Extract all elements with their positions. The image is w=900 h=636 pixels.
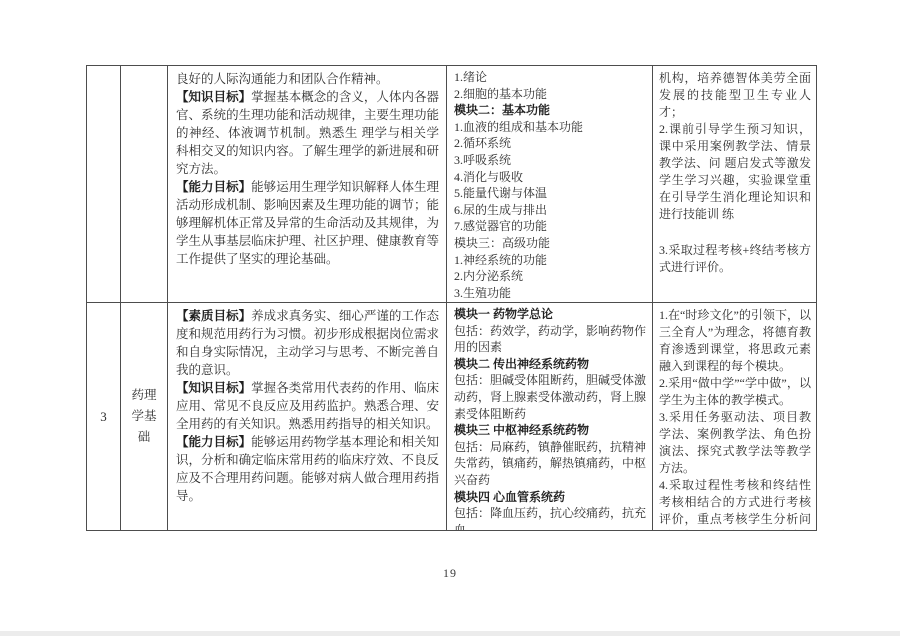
objective-paragraph: 【知识目标】掌握各类常用代表药的作用、临床应用、常见不良反应及用药监护。熟悉合理… [176, 378, 439, 432]
course-name-cell [121, 66, 168, 303]
module-line: 3.呼吸系统 [454, 152, 647, 169]
method-paragraph: 2.课前引导学生预习知识，课中采用案例教学法、情景教学法、问 题启发式等激发学生… [659, 120, 811, 222]
method-paragraph: 机构，培养德智体美劳全面发展的技能型卫生专业人才； [659, 69, 811, 120]
module-line: 6.尿的生成与排出 [454, 202, 647, 219]
objective-label: 【知识目标】 [176, 90, 251, 104]
modules-cell: 1.绪论 2.细胞的基本功能 模块二：基本功能 1.血液的组成和基本功能 2.循… [447, 66, 653, 303]
module-line: 1.血液的组成和基本功能 [454, 119, 647, 136]
page-number: 19 [0, 566, 900, 581]
methods-cell: 机构，培养德智体美劳全面发展的技能型卫生专业人才； 2.课前引导学生预习知识，课… [653, 66, 816, 303]
document-page: 良好的人际沟通能力和团队合作精神。 【知识目标】掌握基本概念的含义，人体内各器官… [0, 0, 900, 636]
module-heading: 模块四 心血管系统药 [454, 489, 647, 506]
method-paragraph: 4.采取过程性考核和终结性考核相结合的方式进行考核评价，重点考核学生分析问题、解… [659, 476, 811, 530]
module-line: 2.内分泌系统 [454, 268, 647, 285]
module-line: 1.绪论 [454, 69, 647, 86]
objectives-cell: 良好的人际沟通能力和团队合作精神。 【知识目标】掌握基本概念的含义，人体内各器官… [168, 66, 447, 303]
method-paragraph: 2.采用“做中学”“学中做”，以学生为主体的教学模式。 [659, 374, 811, 408]
module-line: 2.细胞的基本功能 [454, 86, 647, 103]
module-heading: 模块一 药物学总论 [454, 306, 647, 323]
module-line: 1.神经系统的功能 [454, 252, 647, 269]
objective-label: 【知识目标】 [176, 381, 251, 395]
objective-paragraph: 良好的人际沟通能力和团队合作精神。 [176, 69, 439, 87]
module-heading: 模块二：基本功能 [454, 102, 647, 119]
objective-text: 良好的人际沟通能力和团队合作精神。 [176, 72, 389, 86]
module-line: 包括：降血压药，抗心绞痛药，抗充血 [454, 505, 647, 530]
objectives-cell: 【素质目标】养成求真务实、细心严谨的工作态度和规范用药行为习惯。初步形成根据岗位… [168, 303, 447, 530]
module-line: 7.感觉器官的功能 [454, 218, 647, 235]
objective-paragraph: 【能力目标】能够运用药物学基本理论和相关知识，分析和确定临床常用药的临床疗效、不… [176, 432, 439, 504]
module-line: 3.生殖功能 [454, 285, 647, 302]
course-number-cell [87, 66, 121, 303]
objective-label: 【能力目标】 [176, 180, 251, 194]
objective-label: 【能力目标】 [176, 435, 251, 449]
objective-paragraph: 【知识目标】掌握基本概念的含义，人体内各器官、系统的生理功能和活动规律，主要生理… [176, 87, 439, 177]
next-page-edge [0, 631, 900, 636]
module-line: 包括：胆碱受体阻断药，胆碱受体激动药，肾上腺素受体激动药，肾上腺素受体阻断药 [454, 372, 647, 422]
course-number: 3 [100, 409, 107, 425]
method-paragraph: 3.采用任务驱动法、项目教学法、案例教学法、角色扮演法、探究式教学法等教学方法。 [659, 408, 811, 476]
curriculum-table: 良好的人际沟通能力和团队合作精神。 【知识目标】掌握基本概念的含义，人体内各器官… [86, 65, 817, 531]
module-heading: 模块三 中枢神经系统药物 [454, 422, 647, 439]
module-line: 包括：药效学，药动学，影响药物作用的因素 [454, 323, 647, 356]
method-paragraph: 1.在“时珍文化”的引领下，以三全育人”为理念，将德育教育渗透到课堂，将思政元素… [659, 306, 811, 374]
course-name-cell: 药理学基础 [121, 303, 168, 530]
methods-cell: 1.在“时珍文化”的引领下，以三全育人”为理念，将德育教育渗透到课堂，将思政元素… [653, 303, 816, 530]
course-number-cell: 3 [87, 303, 121, 530]
module-heading: 模块二 传出神经系统药物 [454, 356, 647, 373]
module-line: 4.消化与吸收 [454, 169, 647, 186]
module-heading: 模块三：高级功能 [454, 235, 647, 252]
module-line: 2.循环系统 [454, 135, 647, 152]
objective-label: 【素质目标】 [176, 309, 251, 323]
module-line: 包括：局麻药，镇静催眠药，抗精神失常药，镇痛药，解热镇痛药，中枢兴奋药 [454, 439, 647, 489]
course-name: 药理学基础 [128, 385, 160, 448]
module-line: 5.能量代谢与体温 [454, 185, 647, 202]
objective-paragraph: 【素质目标】养成求真务实、细心严谨的工作态度和规范用药行为习惯。初步形成根据岗位… [176, 306, 439, 378]
modules-cell: 模块一 药物学总论 包括：药效学，药动学，影响药物作用的因素 模块二 传出神经系… [447, 303, 653, 530]
objective-paragraph: 【能力目标】能够运用生理学知识解释人体生理活动形成机制、影响因素及生理功能的调节… [176, 177, 439, 267]
method-paragraph: 3.采取过程考核+终结考核方式进行评价。 [659, 241, 811, 275]
